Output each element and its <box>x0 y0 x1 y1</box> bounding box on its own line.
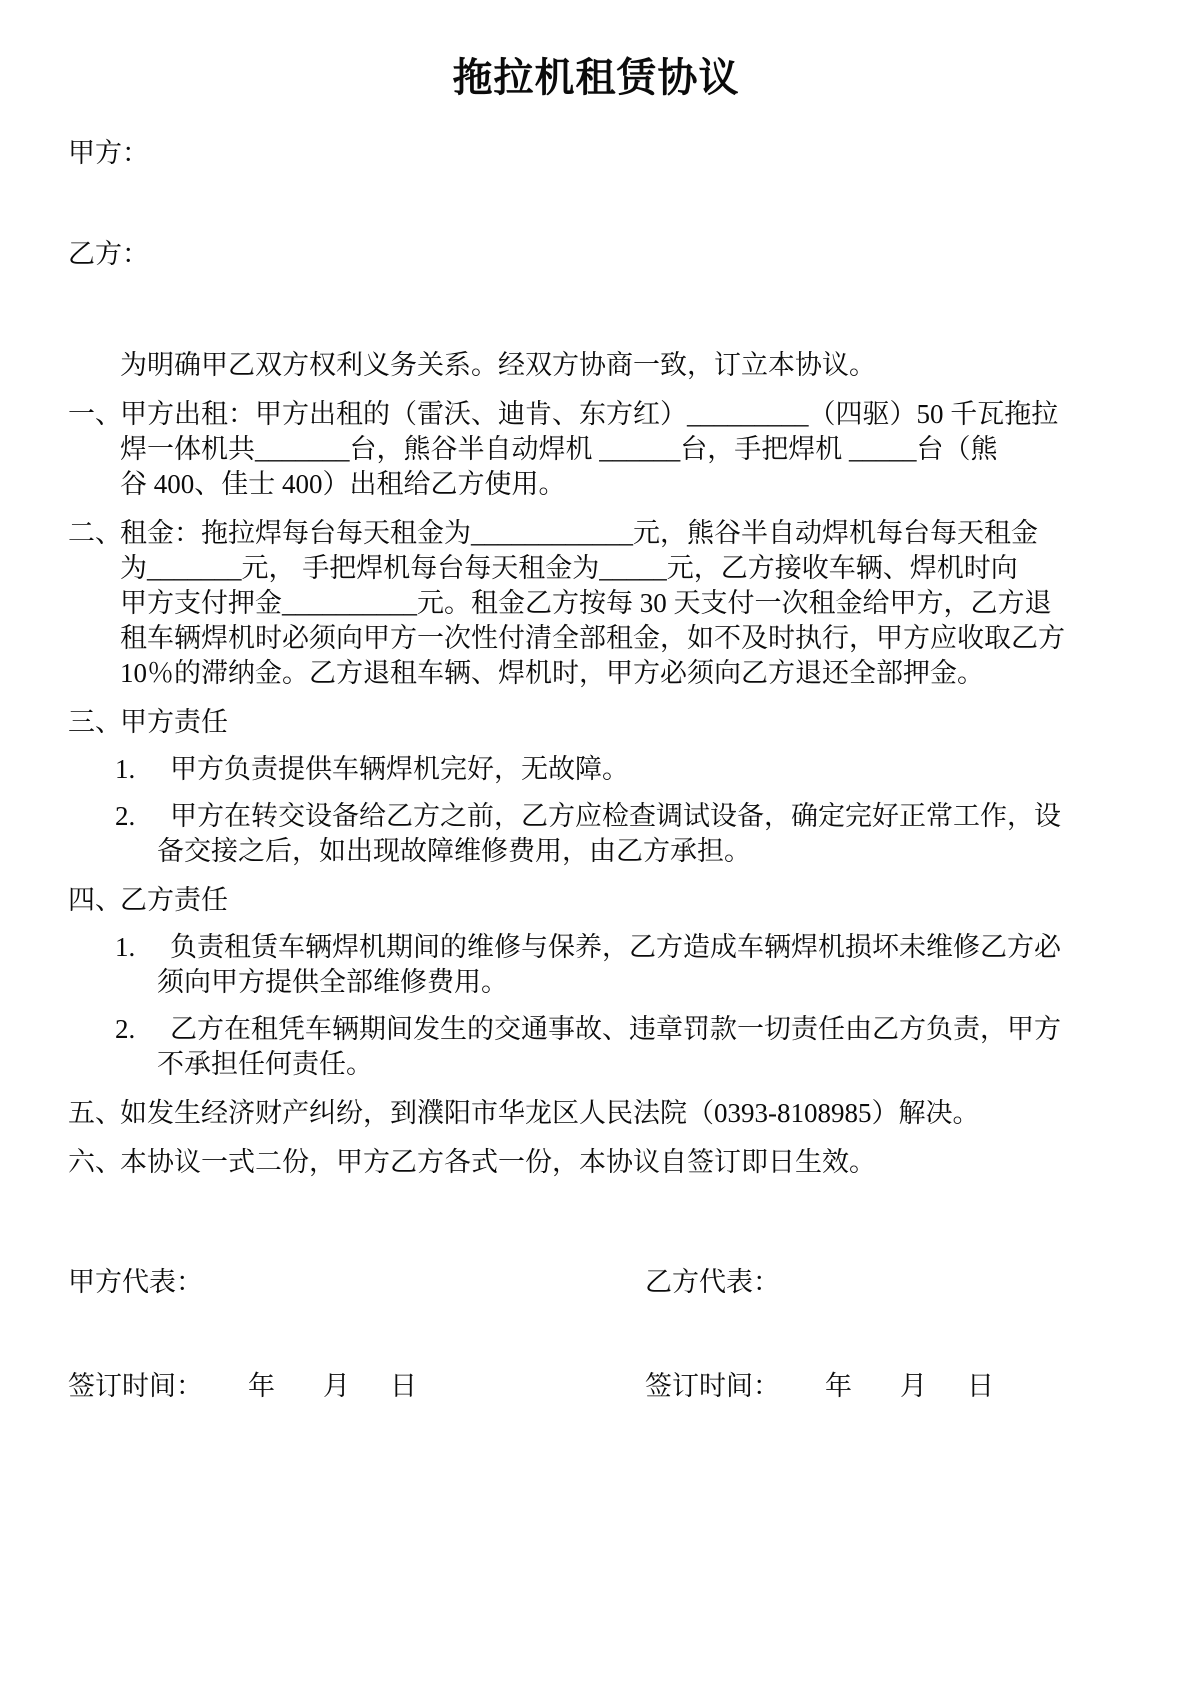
section-number: 二、 <box>68 516 120 551</box>
month-label: 月 <box>900 1371 927 1401</box>
signature-dates-row: 签订时间：年月日 签订时间：年月日 <box>68 1369 1124 1404</box>
subitem-text: 甲方负责提供车辆焊机完好，无故障。 <box>170 754 629 784</box>
day-label: 日 <box>967 1371 994 1401</box>
subitem-number: 2. <box>115 799 170 834</box>
subitem-number: 2. <box>115 1012 170 1047</box>
section-5: 五、如发生经济财产纠纷，到濮阳市华龙区人民法院（0393-8108985）解决。 <box>68 1096 1124 1131</box>
sign-date-label: 签订时间： <box>68 1371 203 1401</box>
subitem-line: 须向甲方提供全部维修费用。 <box>68 965 1124 1000</box>
section-text: 甲方责任 <box>120 707 228 737</box>
subitem-line: 1.负责租赁车辆焊机期间的维修与保养，乙方造成车辆焊机损坏未维修乙方必 <box>68 930 1124 965</box>
section-number: 三、 <box>68 705 120 740</box>
intro-paragraph: 为明确甲乙双方权利义务关系。经双方协商一致，订立本协议。 <box>68 348 1124 383</box>
contract-page: 拖拉机租赁协议 甲方： 乙方： 为明确甲乙双方权利义务关系。经双方协商一致，订立… <box>0 0 1190 1683</box>
sign-date-party-a: 签订时间：年月日 <box>68 1369 417 1404</box>
sign-date-party-b: 签订时间：年月日 <box>645 1369 994 1404</box>
section-3: 三、甲方责任 1.甲方负责提供车辆焊机完好，无故障。 2.甲方在转交设备给乙方之… <box>68 705 1124 869</box>
subitem-line: 2.甲方在转交设备给乙方之前，乙方应检查调试设备，确定完好正常工作，设 <box>68 799 1124 834</box>
section-line: 为_______元， 手把焊机每台每天租金为_____元，乙方接收车辆、焊机时向 <box>68 551 1124 586</box>
subitem: 1.甲方负责提供车辆焊机完好，无故障。 <box>68 752 1124 787</box>
section-number: 一、 <box>68 397 120 432</box>
sign-date-label: 签订时间： <box>645 1371 780 1401</box>
section-number: 六、 <box>68 1145 120 1180</box>
section-line: 二、租金：拖拉焊每台每天租金为____________元，熊谷半自动焊机每台每天… <box>68 516 1124 551</box>
section-line: 焊一体机共_______台，熊谷半自动焊机 ______台，手把焊机 _____… <box>68 432 1124 467</box>
subitem-text: 乙方在租凭车辆期间发生的交通事故、违章罚款一切责任由乙方负责，甲方 <box>170 1014 1061 1044</box>
subitem-text: 负责租赁车辆焊机期间的维修与保养，乙方造成车辆焊机损坏未维修乙方必 <box>170 932 1061 962</box>
party-b-rep-label: 乙方代表： <box>645 1265 780 1300</box>
section-text: 甲方出租：甲方出租的（雷沃、迪肯、东方红）_________（四驱）50 千瓦拖… <box>120 399 1058 429</box>
section-4: 四、乙方责任 1.负责租赁车辆焊机期间的维修与保养，乙方造成车辆焊机损坏未维修乙… <box>68 883 1124 1082</box>
section-heading: 三、甲方责任 <box>68 705 1124 740</box>
section-line: 谷 400、佳士 400）出租给乙方使用。 <box>68 467 1124 502</box>
subitem-line: 备交接之后，如出现故障维修费用，由乙方承担。 <box>68 834 1124 869</box>
subitem-number: 1. <box>115 752 170 787</box>
section-text: 乙方责任 <box>120 885 228 915</box>
section-heading: 四、乙方责任 <box>68 883 1124 918</box>
party-a-rep-label: 甲方代表： <box>68 1265 203 1300</box>
subitem: 2.乙方在租凭车辆期间发生的交通事故、违章罚款一切责任由乙方负责，甲方 不承担任… <box>68 1012 1124 1082</box>
section-line: 甲方支付押金__________元。租金乙方按每 30 天支付一次租金给甲方，乙… <box>68 586 1124 621</box>
signature-reps-row: 甲方代表： 乙方代表： <box>68 1265 1124 1300</box>
day-label: 日 <box>390 1371 417 1401</box>
section-2: 二、租金：拖拉焊每台每天租金为____________元，熊谷半自动焊机每台每天… <box>68 516 1124 691</box>
subitem-text: 甲方在转交设备给乙方之前，乙方应检查调试设备，确定完好正常工作，设 <box>170 801 1061 831</box>
section-line: 10％的滞纳金。乙方退租车辆、焊机时，甲方必须向乙方退还全部押金。 <box>68 656 1124 691</box>
section-line: 一、甲方出租：甲方出租的（雷沃、迪肯、东方红）_________（四驱）50 千… <box>68 397 1124 432</box>
subitem: 2.甲方在转交设备给乙方之前，乙方应检查调试设备，确定完好正常工作，设 备交接之… <box>68 799 1124 869</box>
party-a-label: 甲方： <box>68 136 1124 171</box>
section-line: 五、如发生经济财产纠纷，到濮阳市华龙区人民法院（0393-8108985）解决。 <box>68 1096 1124 1131</box>
doc-title: 拖拉机租赁协议 <box>68 52 1124 104</box>
section-6: 六、本协议一式二份，甲方乙方各式一份，本协议自签订即日生效。 <box>68 1145 1124 1180</box>
year-label: 年 <box>248 1371 275 1401</box>
month-label: 月 <box>323 1371 350 1401</box>
subitem-line: 2.乙方在租凭车辆期间发生的交通事故、违章罚款一切责任由乙方负责，甲方 <box>68 1012 1124 1047</box>
section-number: 五、 <box>68 1096 120 1131</box>
subitem: 1.负责租赁车辆焊机期间的维修与保养，乙方造成车辆焊机损坏未维修乙方必 须向甲方… <box>68 930 1124 1000</box>
section-text: 租金：拖拉焊每台每天租金为____________元，熊谷半自动焊机每台每天租金 <box>120 518 1038 548</box>
subitem-line: 1.甲方负责提供车辆焊机完好，无故障。 <box>68 752 1124 787</box>
section-text: 本协议一式二份，甲方乙方各式一份，本协议自签订即日生效。 <box>120 1147 876 1177</box>
subitem-number: 1. <box>115 930 170 965</box>
party-b-label: 乙方： <box>68 237 1124 272</box>
section-1: 一、甲方出租：甲方出租的（雷沃、迪肯、东方红）_________（四驱）50 千… <box>68 397 1124 502</box>
year-label: 年 <box>825 1371 852 1401</box>
subitem-line: 不承担任何责任。 <box>68 1047 1124 1082</box>
section-line: 六、本协议一式二份，甲方乙方各式一份，本协议自签订即日生效。 <box>68 1145 1124 1180</box>
section-line: 租车辆焊机时必须向甲方一次性付清全部租金，如不及时执行，甲方应收取乙方 <box>68 621 1124 656</box>
section-number: 四、 <box>68 883 120 918</box>
section-text: 如发生经济财产纠纷，到濮阳市华龙区人民法院（0393-8108985）解决。 <box>120 1098 980 1128</box>
